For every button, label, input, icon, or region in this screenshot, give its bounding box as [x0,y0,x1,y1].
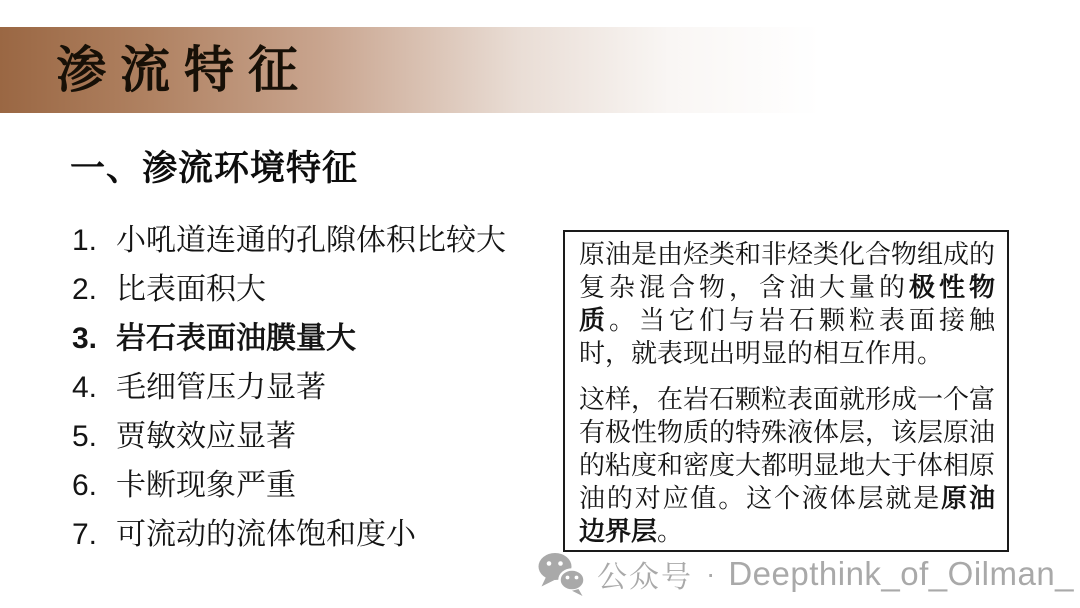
list-item: 3.岩石表面油膜量大 [72,314,562,363]
list-item: 7.可流动的流体饱和度小 [72,510,562,559]
list-item: 4.毛细管压力显著 [72,363,562,412]
slide-title: 渗流特征 [56,27,312,113]
slide: 渗流特征 一、渗流环境特征 1.小吼道连通的孔隙体积比较大2.比表面积大3.岩石… [0,0,1080,608]
watermark-account-name: Deepthink_of_Oilman_ [728,555,1074,593]
list-item-number: 7. [72,510,116,559]
note-paragraph: 这样，在岩石颗粒表面就形成一个富有极性物质的特殊液体层，该层原油的粘度和密度大都… [579,383,995,548]
note-text: 。当它们与岩石颗粒表面接触时，就表现出明显的相互作用。 [579,305,995,368]
watermark-account-label: 公众号 [597,552,693,596]
note-box: 原油是由烃类和非烃类化合物组成的复杂混合物，含油大量的极性物质。当它们与岩石颗粒… [563,230,1009,552]
list-item-text: 比表面积大 [116,265,266,314]
watermark: 公众号 · Deepthink_of_Oilman_ [537,549,1074,599]
title-banner: 渗流特征 [0,27,1080,113]
list-item-text: 小吼道连通的孔隙体积比较大 [116,216,506,265]
list-item: 5.贾敏效应显著 [72,412,562,461]
list-item-text: 毛细管压力显著 [116,363,326,412]
list-item-text: 卡断现象严重 [116,461,296,510]
note-text: 。 [657,516,683,546]
note-paragraph: 原油是由烃类和非烃类化合物组成的复杂混合物，含油大量的极性物质。当它们与岩石颗粒… [579,238,995,370]
list-item-text: 岩石表面油膜量大 [116,314,356,363]
list-item-number: 4. [72,363,116,412]
list-item-number: 3. [72,314,116,363]
feature-list: 1.小吼道连通的孔隙体积比较大2.比表面积大3.岩石表面油膜量大4.毛细管压力显… [72,216,562,559]
watermark-separator: · [706,558,715,590]
list-item-number: 1. [72,216,116,265]
section-heading: 一、渗流环境特征 [70,141,358,191]
list-item: 1.小吼道连通的孔隙体积比较大 [72,216,562,265]
note-text: 这样，在岩石颗粒表面就形成一个富有极性物质的特殊液体层，该层原油的粘度和密度大都… [579,384,995,513]
list-item-number: 2. [72,265,116,314]
list-item-number: 6. [72,461,116,510]
list-item-number: 5. [72,412,116,461]
list-item: 2.比表面积大 [72,265,562,314]
wechat-icon [537,551,587,597]
list-item: 6.卡断现象严重 [72,461,562,510]
list-item-text: 贾敏效应显著 [116,412,296,461]
list-item-text: 可流动的流体饱和度小 [116,510,416,559]
